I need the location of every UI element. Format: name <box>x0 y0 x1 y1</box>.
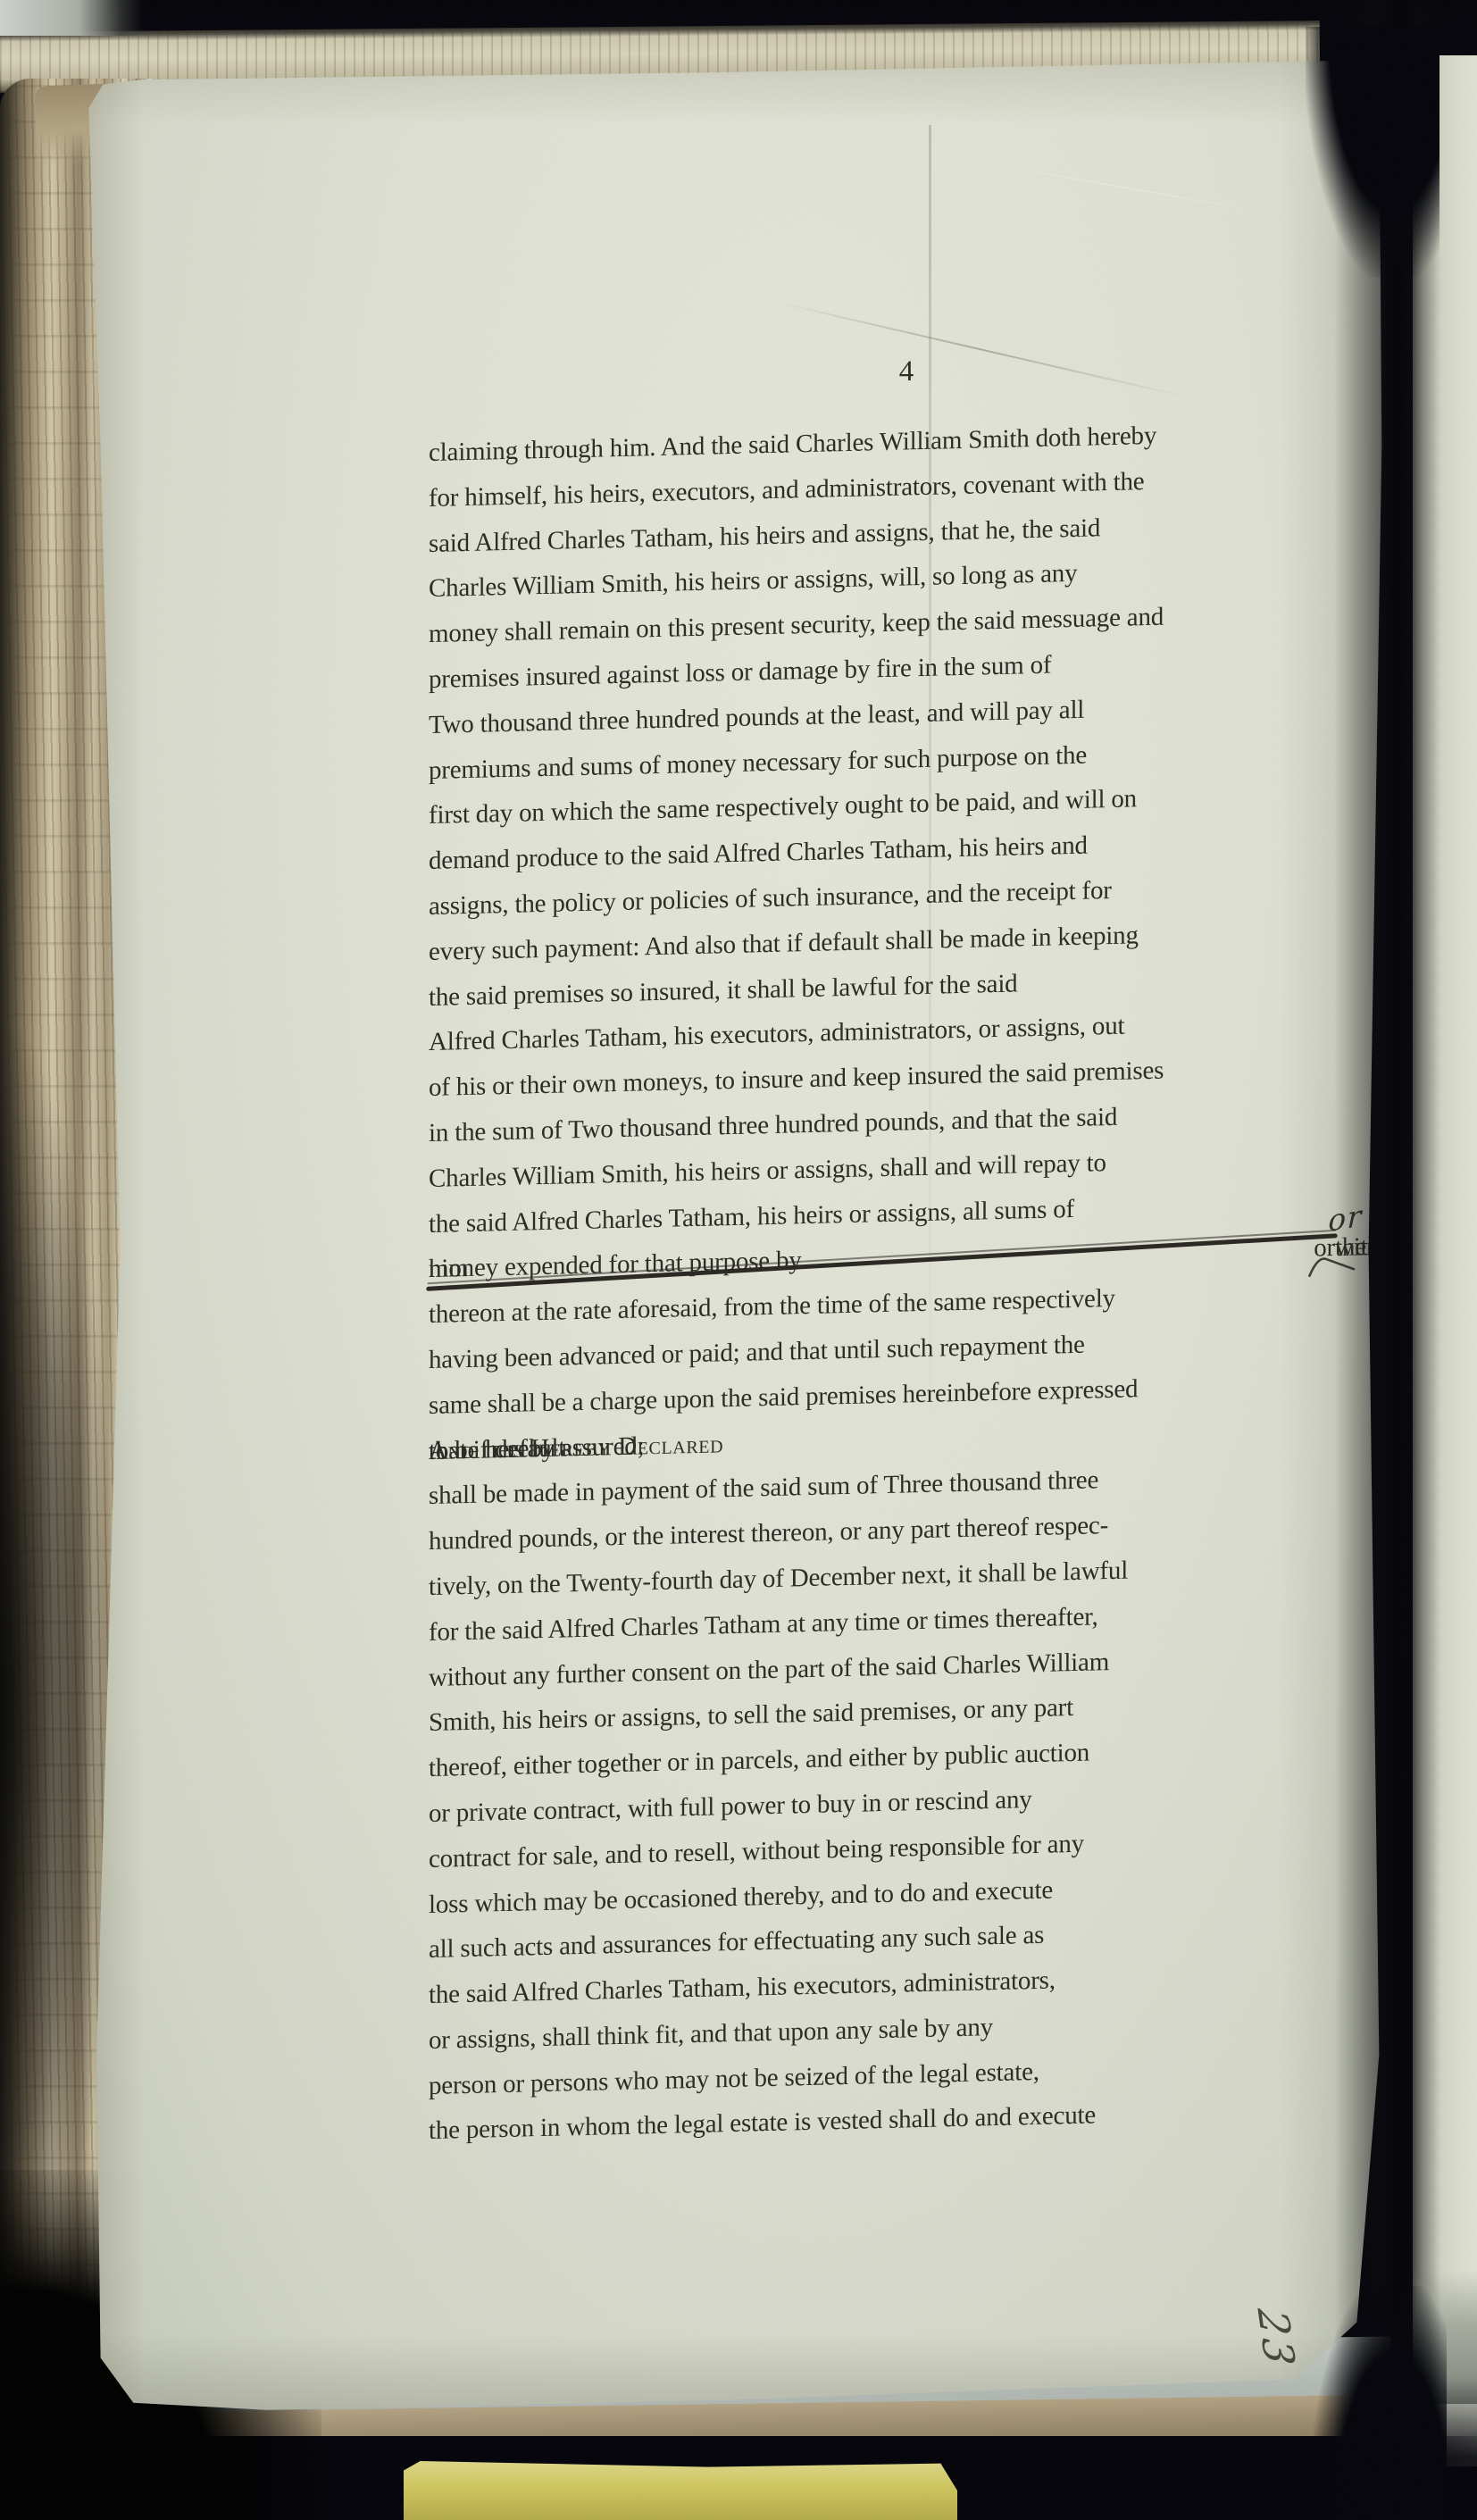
text-block: claiming through him. And the said Charl… <box>429 409 1335 2154</box>
top-left-object <box>0 0 143 36</box>
page-number: 4 <box>880 355 933 388</box>
yellow-slip <box>404 2461 957 2520</box>
book-page: 4 claiming through him. And the said Cha… <box>82 54 1395 2422</box>
handwritten-edge-mark: 23 <box>1248 2307 1305 2370</box>
book-photo: 4 claiming through him. And the said Cha… <box>0 0 1477 2520</box>
text-segment: that if default <box>429 1425 565 1473</box>
facing-page-edge <box>1413 55 1477 2466</box>
